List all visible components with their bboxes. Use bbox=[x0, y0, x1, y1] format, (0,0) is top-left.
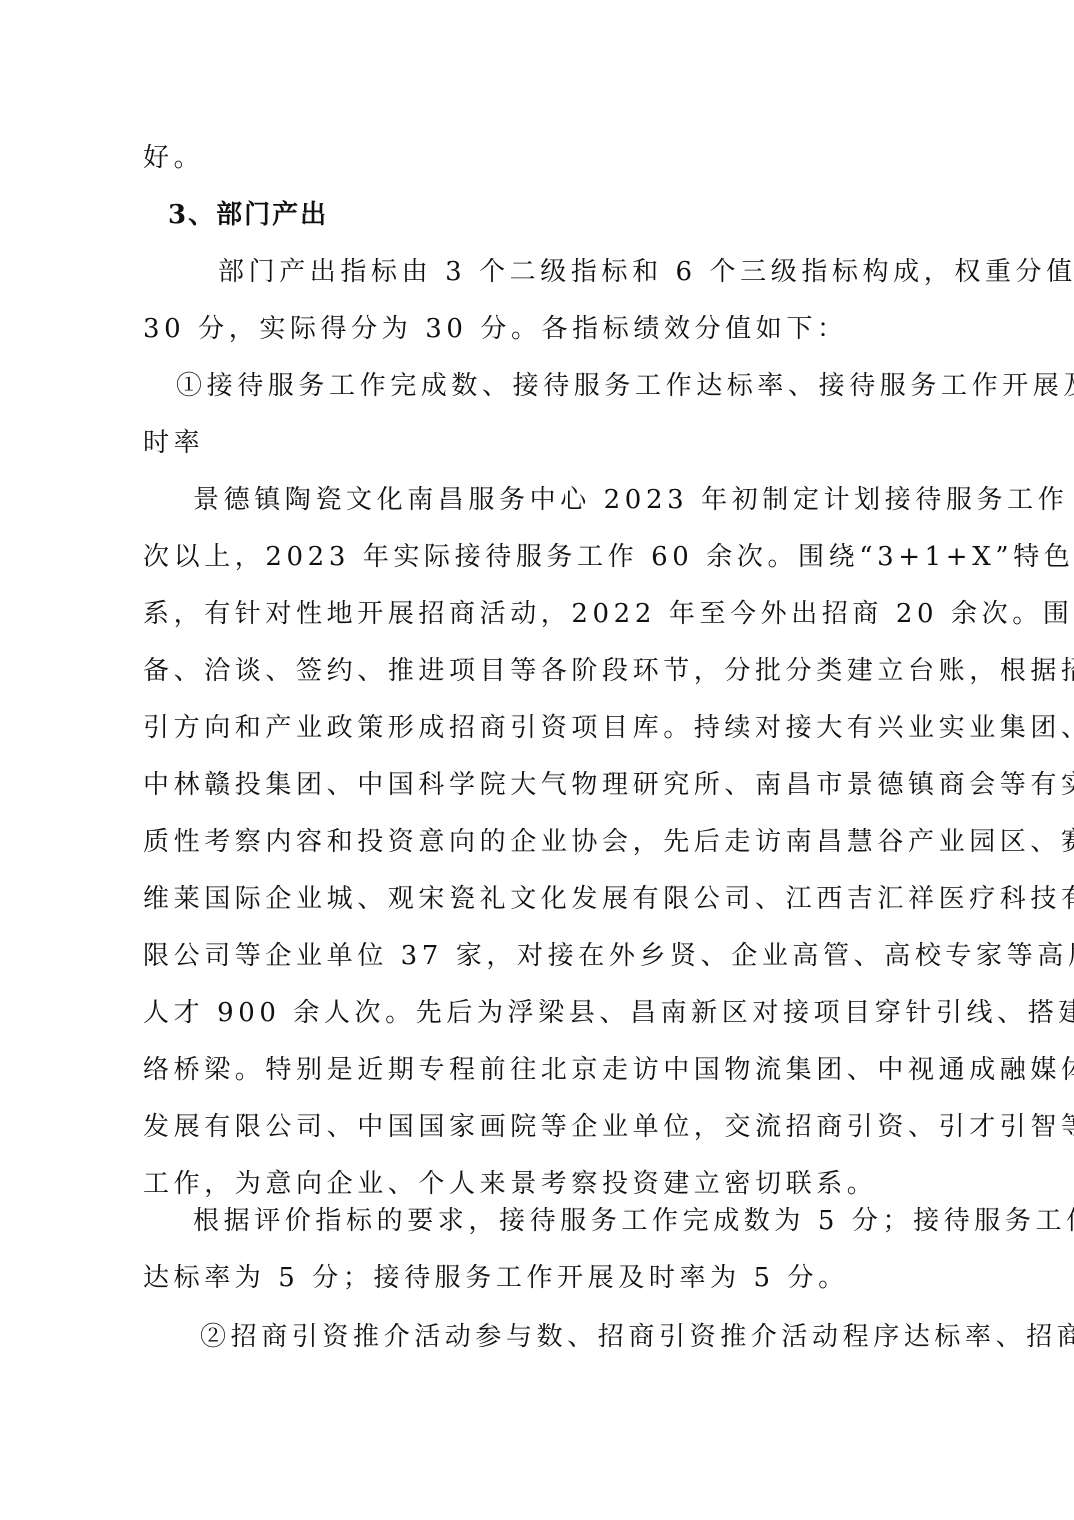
text-line-3: 30 分，实际得分为 30 分。各指标绩效分值如下： bbox=[143, 309, 938, 349]
text-line-17: 发展有限公司、中国国家画院等企业单位，交流招商引资、引才引智等 bbox=[143, 1107, 938, 1147]
text-line-14: 限公司等企业单位 37 家，对接在外乡贤、企业高管、高校专家等高层次 bbox=[143, 936, 938, 976]
text-line-7: 次以上，2023 年实际接待服务工作 60 余次。围绕“3+1+X”特色产业体 bbox=[143, 537, 938, 577]
subsection-title-1: ①接待服务工作完成数、接待服务工作达标率、接待服务工作开展及 bbox=[176, 366, 971, 406]
section-heading: 3、部门产出 bbox=[168, 195, 963, 235]
text-line-16: 络桥梁。特别是近期专程前往北京走访中国物流集团、中视通成融媒体 bbox=[143, 1050, 938, 1090]
text-line-19: 根据评价指标的要求，接待服务工作完成数为 5 分；接待服务工作 bbox=[193, 1201, 988, 1241]
text-line-11: 中林赣投集团、中国科学院大气物理研究所、南昌市景德镇商会等有实 bbox=[143, 765, 938, 805]
text-line-0: 好。 bbox=[143, 138, 938, 178]
text-line-8: 系，有针对性地开展招商活动，2022 年至今外出招商 20 余次。围绕储 bbox=[143, 594, 938, 634]
text-line-12: 质性考察内容和投资意向的企业协会，先后走访南昌慧谷产业园区、赛 bbox=[143, 822, 938, 862]
text-line-9: 备、洽谈、签约、推进项目等各阶段环节，分批分类建立台账，根据招 bbox=[143, 651, 938, 691]
text-line-15: 人才 900 余人次。先后为浮梁县、昌南新区对接项目穿针引线、搭建联 bbox=[143, 993, 938, 1033]
subsection-title-1-cont: 时率 bbox=[143, 423, 938, 463]
text-line-6: 景德镇陶瓷文化南昌服务中心 2023 年初制定计划接待服务工作 20 bbox=[193, 480, 988, 520]
text-line-10: 引方向和产业政策形成招商引资项目库。持续对接大有兴业实业集团、 bbox=[143, 708, 938, 748]
subsection-title-2: ②招商引资推介活动参与数、招商引资推介活动程序达标率、招商 bbox=[200, 1317, 995, 1357]
text-line-2: 部门产出指标由 3 个二级指标和 6 个三级指标构成，权重分值为 bbox=[218, 252, 1013, 292]
text-line-18: 工作，为意向企业、个人来景考察投资建立密切联系。 bbox=[143, 1164, 938, 1204]
document-page: 好。 3、部门产出 部门产出指标由 3 个二级指标和 6 个三级指标构成，权重分… bbox=[0, 0, 1074, 1520]
text-line-13: 维莱国际企业城、观宋瓷礼文化发展有限公司、江西吉汇祥医疗科技有 bbox=[143, 879, 938, 919]
text-line-20: 达标率为 5 分；接待服务工作开展及时率为 5 分。 bbox=[143, 1258, 938, 1298]
